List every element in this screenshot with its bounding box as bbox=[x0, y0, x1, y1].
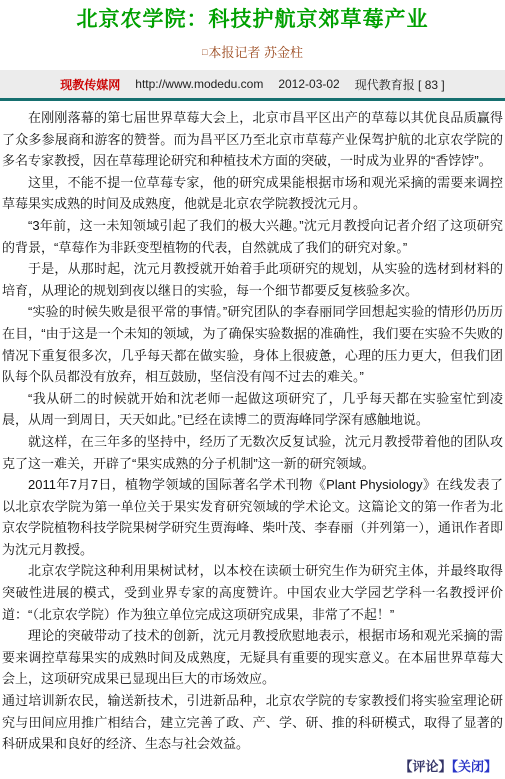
byline: □本报记者 苏金柱 bbox=[0, 44, 505, 61]
article-paragraph: 在刚刚落幕的第七届世界草莓大会上，北京市昌平区出产的草莓以其优良品质赢得了众多参… bbox=[2, 107, 503, 172]
comment-link[interactable]: 【评论】 bbox=[399, 759, 451, 774]
article-body: 在刚刚落幕的第七届世界草莓大会上，北京市昌平区出产的草莓以其优良品质赢得了众多参… bbox=[0, 101, 505, 755]
site-url-link[interactable]: http://www.modedu.com bbox=[135, 77, 263, 91]
byline-square-marker: □ bbox=[202, 47, 207, 57]
close-link[interactable]: 【关闭】 bbox=[451, 759, 497, 774]
article-paragraph: 理论的突破带动了技术的创新，沈元月教授欣慰地表示，根据市场和观光采摘的需要来调控… bbox=[2, 625, 503, 690]
byline-text: 本报记者 苏金柱 bbox=[208, 45, 303, 60]
publication-name: 现代教育报 [ 83 ] bbox=[355, 76, 445, 93]
article-paragraph: 通过培训新农民，输送新技术，引进新品种，北京农学院的专家教授们将实验室理论研究与… bbox=[2, 690, 503, 755]
source-header-bar: 现教传媒网 http://www.modedu.com 2012-03-02 现… bbox=[0, 70, 505, 98]
article-page: 北京农学院：科技护航京郊草莓产业 □本报记者 苏金柱 现教传媒网 http://… bbox=[0, 0, 505, 779]
footer-links: 【评论】【关闭】 bbox=[399, 759, 497, 774]
article-paragraph: 2011年7月7日，植物学领域的国际著名学术刊物《Plant Physiolog… bbox=[2, 474, 503, 560]
article-paragraph: “3年前，这一未知领域引起了我们的极大兴趣。”沈元月教授向记者介绍了这项研究的背… bbox=[2, 215, 503, 258]
page-title: 北京农学院：科技护航京郊草莓产业 bbox=[0, 6, 505, 34]
article-paragraph: 北京农学院这种利用果树试材，以本校在读硕士研究生作为研究主体，并最终取得突破性进… bbox=[2, 560, 503, 625]
article-paragraph: 于是，从那时起，沈元月教授就开始着手此项研究的规划，从实验的选材到材料的培育，从… bbox=[2, 258, 503, 301]
article-paragraph: “我从研二的时候就开始和沈老师一起做这项研究了，几乎每天都在实验室忙到凌晨，从周… bbox=[2, 388, 503, 431]
site-name: 现教传媒网 bbox=[60, 76, 120, 93]
article-paragraph: 就这样，在三年多的坚持中，经历了无数次反复试验，沈元月教授带着他的团队攻克了这一… bbox=[2, 431, 503, 474]
article-paragraph: 这里，不能不提一位草莓专家，他的研究成果能根据市场和观光采摘的需要来调控草莓果实… bbox=[2, 172, 503, 215]
publish-date: 2012-03-02 bbox=[278, 77, 339, 91]
article-paragraph: “实验的时候失败是很平常的事情。”研究团队的李春丽同学回想起实验的情形仍历历在目… bbox=[2, 301, 503, 387]
